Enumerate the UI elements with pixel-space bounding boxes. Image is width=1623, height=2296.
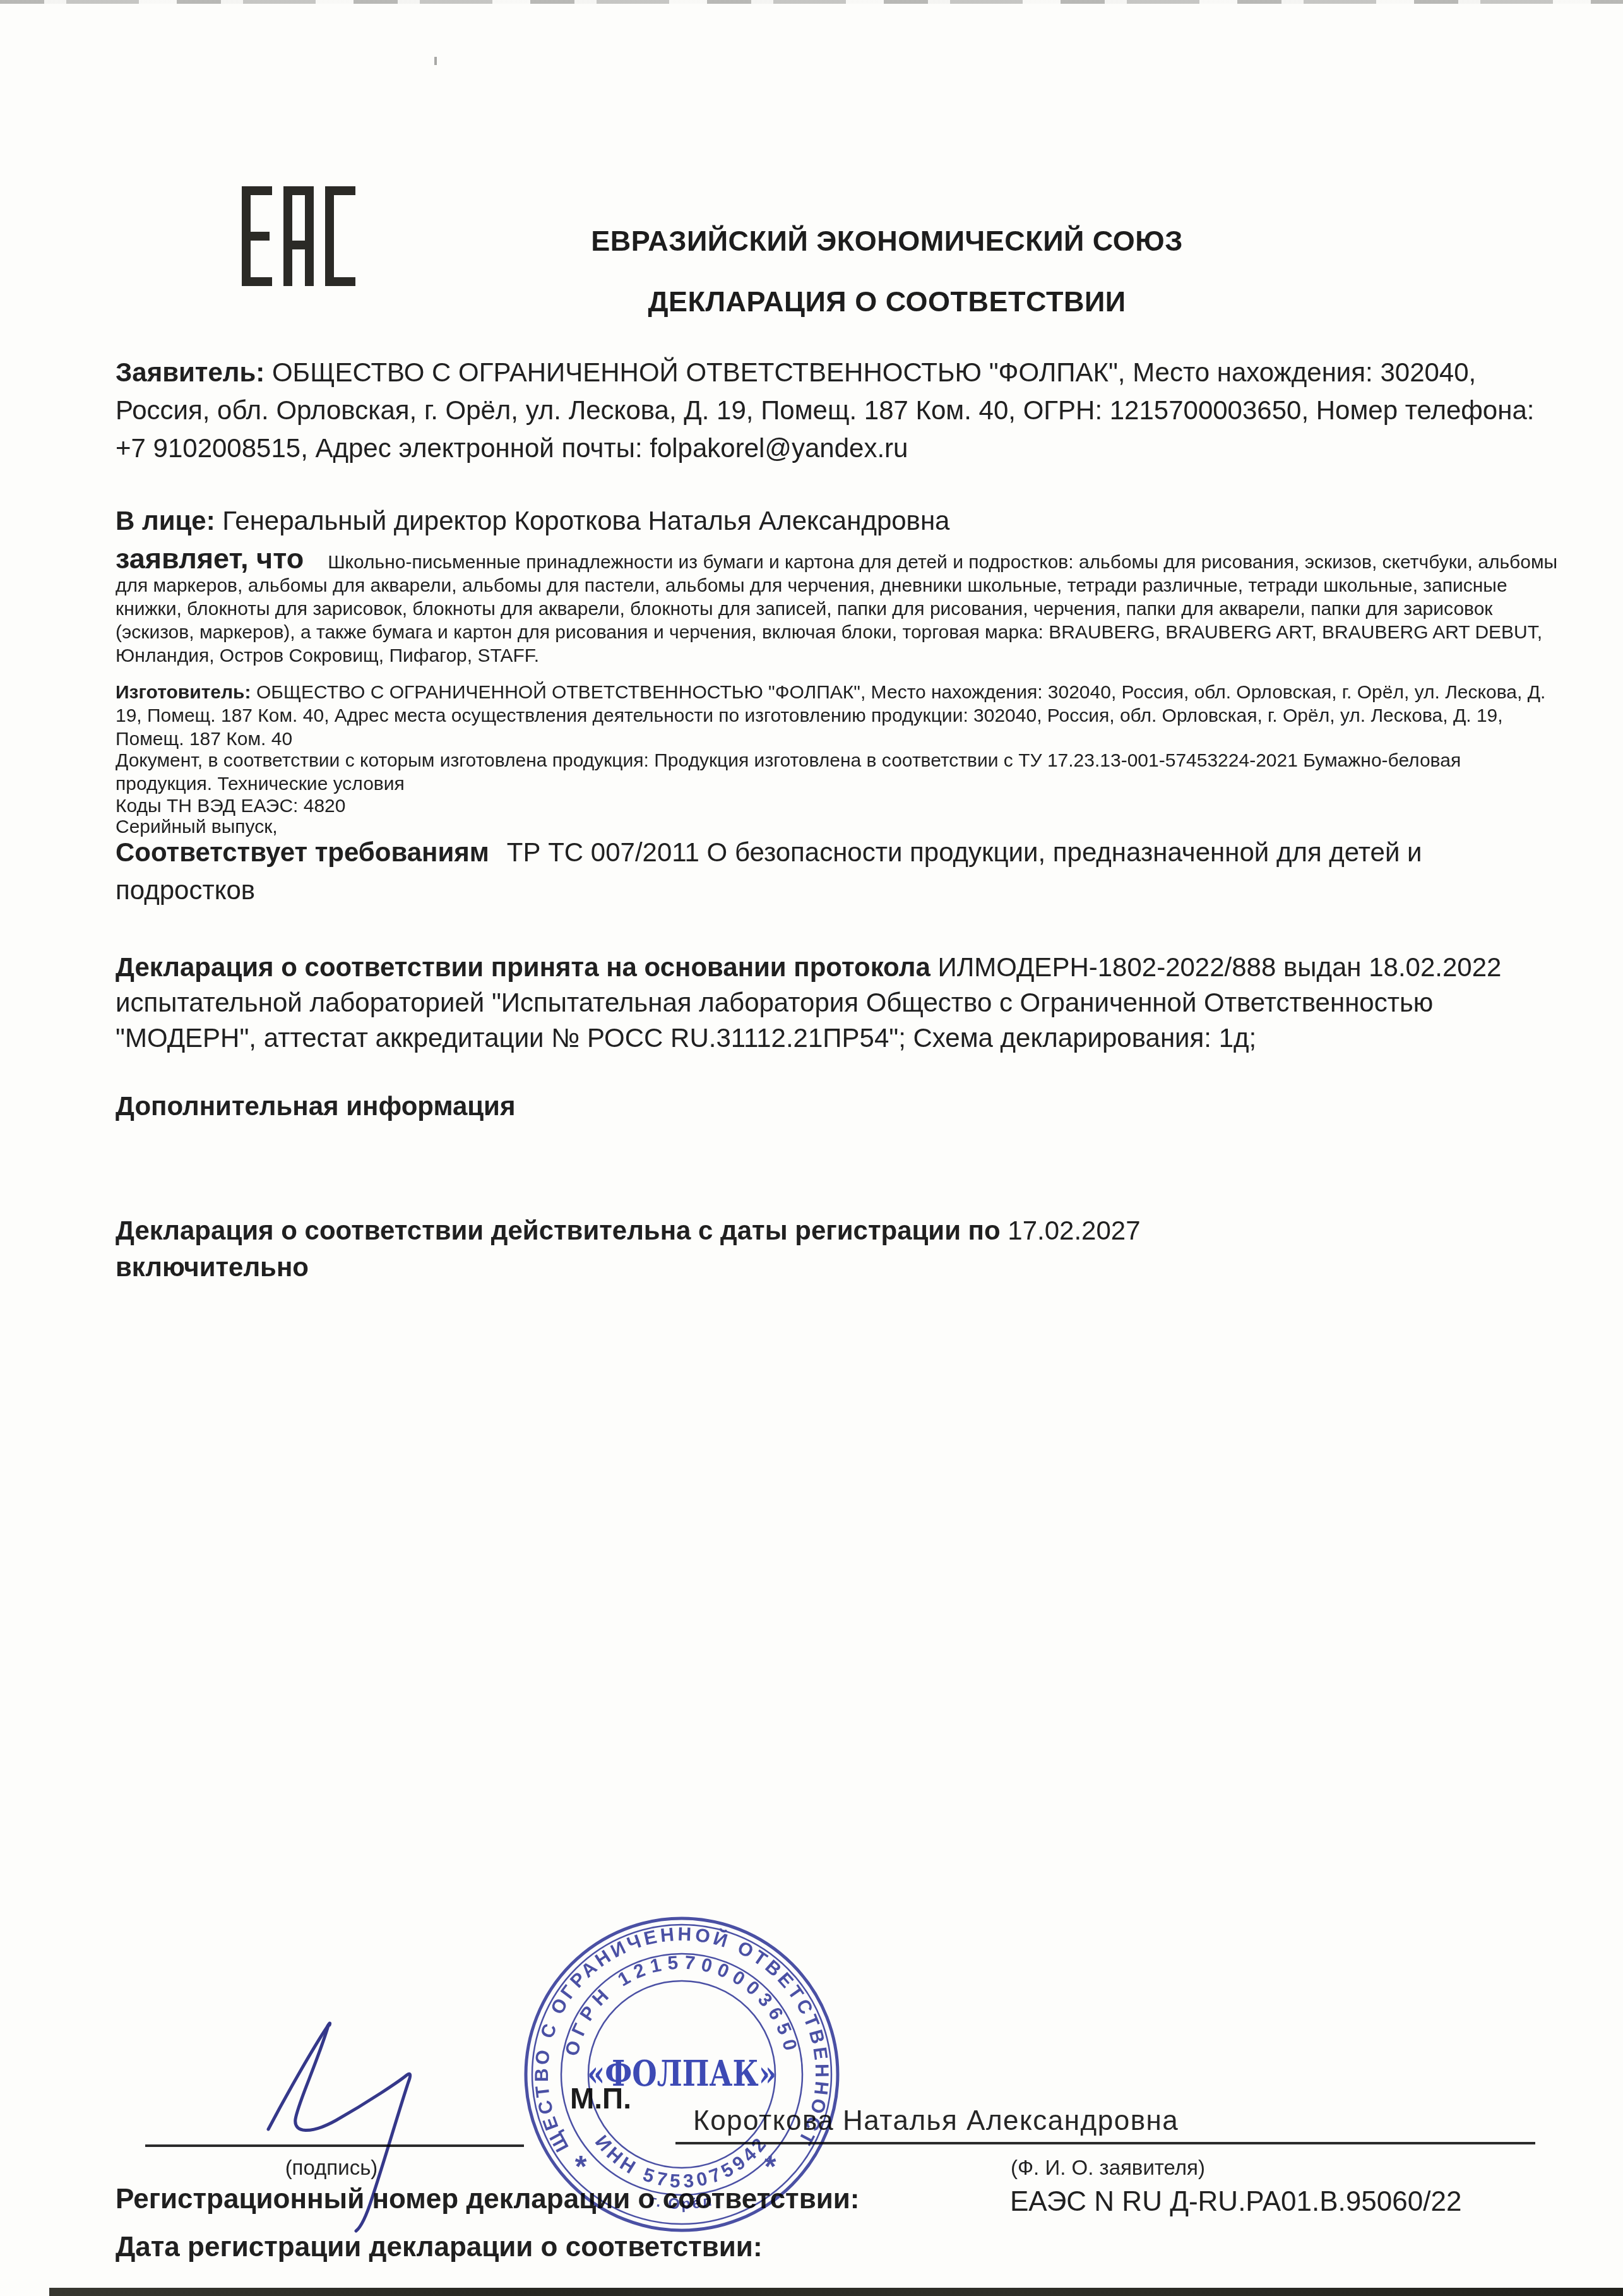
registration-number-value: ЕАЭС N RU Д-RU.РА01.В.95060/22 — [1010, 2186, 1461, 2218]
applicant-text: ОБЩЕСТВО С ОГРАНИЧЕННОЙ ОТВЕТСТВЕННОСТЬЮ… — [116, 357, 1534, 463]
representative-label: В лице: — [116, 506, 215, 535]
declaration-paragraph: заявляет, чтоШкольно-письменные принадле… — [116, 547, 1561, 667]
tnved-codes: Коды ТН ВЭД ЕАЭС: 4820 — [116, 794, 1561, 818]
compliance-paragraph: Соответствует требованиямТР ТС 007/2011 … — [116, 834, 1561, 909]
union-title: ЕВРАЗИЙСКИЙ ЭКОНОМИЧЕСКИЙ СОЮЗ — [436, 225, 1338, 258]
stamp-inn-text: ИНН 5753075942 — [591, 2132, 773, 2192]
validity-suffix: включительно — [116, 1252, 309, 1282]
validity-date: 17.02.2027 — [1008, 1216, 1140, 1245]
declaration-page: ЕВРАЗИЙСКИЙ ЭКОНОМИЧЕСКИЙ СОЮЗ ДЕКЛАРАЦИ… — [0, 0, 1623, 2296]
handwritten-signature — [240, 1989, 455, 2242]
scan-artifact-bottom — [49, 2288, 1623, 2296]
manufacturer-text: ОБЩЕСТВО С ОГРАНИЧЕННОЙ ОТВЕТСТВЕННОСТЬЮ… — [116, 682, 1545, 750]
basis-label: Декларация о соответствии принята на осн… — [116, 952, 930, 982]
additional-info-label: Дополнительная информация — [116, 1087, 1561, 1125]
representative-text: Генеральный директор Короткова Наталья А… — [222, 506, 949, 535]
manufacturer-paragraph: Изготовитель: ОБЩЕСТВО С ОГРАНИЧЕННОЙ ОТ… — [116, 681, 1561, 751]
validity-label: Декларация о соответствии действительна … — [116, 1216, 1001, 1245]
stamp-asterisk-right: * — [764, 2150, 776, 2184]
declares-label: заявляет, что — [116, 542, 304, 575]
name-caption: (Ф. И. О. заявителя) — [982, 2156, 1234, 2180]
declares-text: Школьно-письменные принадлежности из бум… — [116, 552, 1557, 666]
manufacturer-label: Изготовитель: — [116, 682, 251, 703]
applicant-label: Заявитель: — [116, 357, 265, 387]
signature-stroke — [295, 2026, 410, 2231]
validity-paragraph: Декларация о соответствии действительна … — [116, 1212, 1561, 1286]
production-document-text: Документ, в соответствии с которым изгот… — [116, 749, 1561, 796]
svg-text:ИНН 5753075942: ИНН 5753075942 — [591, 2132, 773, 2192]
document-title: ДЕКЛАРАЦИЯ О СООТВЕТСТВИИ — [436, 285, 1338, 318]
signature-stroke — [268, 2023, 330, 2129]
scan-artifact-top — [0, 0, 1623, 4]
applicant-paragraph: Заявитель: ОБЩЕСТВО С ОГРАНИЧЕННОЙ ОТВЕТ… — [116, 354, 1561, 467]
scan-speck — [434, 57, 437, 65]
representative-paragraph: В лице: Генеральный директор Короткова Н… — [116, 502, 1561, 540]
stamp-company-name: «ФОЛПАК» — [587, 2053, 776, 2095]
compliance-label: Соответствует требованиям — [116, 837, 489, 867]
stamp-asterisk-left: * — [575, 2150, 587, 2184]
basis-paragraph: Декларация о соответствии принята на осн… — [116, 950, 1561, 1056]
company-stamp: ОБЩЕСТВО С ОГРАНИЧЕННОЙ ОТВЕТСТВЕННОСТЬЮ… — [524, 1916, 840, 2232]
eac-mark-icon — [242, 186, 355, 286]
